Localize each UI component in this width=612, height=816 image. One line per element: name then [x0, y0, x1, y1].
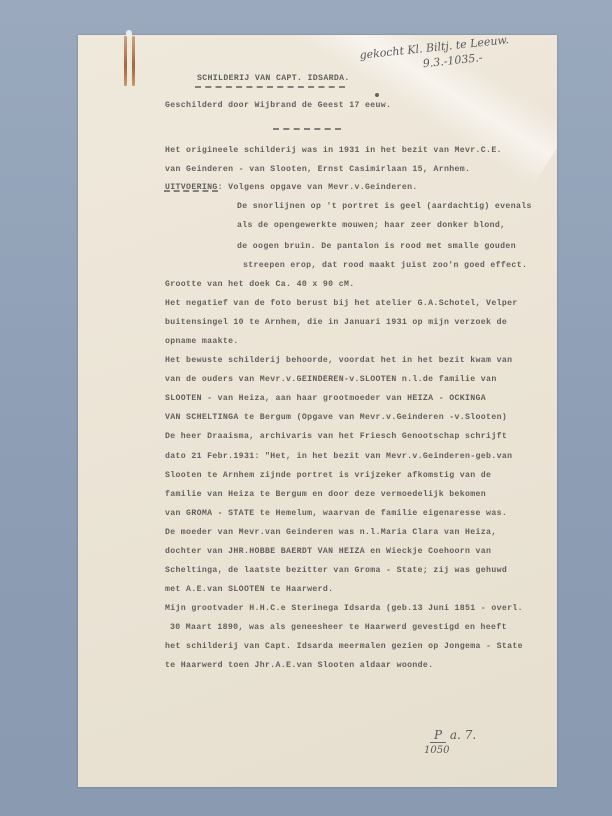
body-line: De snorlijnen op 't portret is geel (aar…: [237, 202, 532, 211]
handwritten-note-bottom: P a. 7. 1050: [430, 728, 476, 756]
body-line: Het origineele schilderij was in 1931 in…: [165, 146, 502, 155]
body-line: dochter van JHR.HOBBE BAERDT VAN HEIZA e…: [165, 547, 491, 556]
body-line: te Haarwerd toen Jhr.A.E.van Slooten ald…: [165, 661, 433, 670]
body-line: SLOOTEN - van Heiza, aan haar grootmoede…: [165, 394, 486, 403]
document-title: SCHILDERIJ VAN CAPT. IDSARDA.: [197, 74, 350, 83]
body-line: het schilderij van Capt. Idsarda meermal…: [165, 642, 523, 651]
body-line: van GROMA - STATE te Hemelum, waarvan de…: [165, 509, 507, 518]
body-line: Het negatief van de foto berust bij het …: [165, 299, 518, 308]
body-line: buitensingel 10 te Arnhem, die in Januar…: [165, 318, 507, 327]
body-line: opname maakte.: [165, 337, 239, 346]
body-line: van Geinderen - van Slooten, Ernst Casim…: [165, 165, 470, 174]
body-line: UITVOERING: Volgens opgave van Mevr.v.Ge…: [165, 183, 418, 192]
document-subtitle: Geschilderd door Wijbrand de Geest 17 ee…: [165, 101, 391, 110]
body-line: Mijn grootvader H.H.C.e Sterinega Idsard…: [165, 604, 523, 613]
body-line: De moeder van Mevr.van Geinderen was n.l…: [165, 528, 497, 537]
body-line: Het bewuste schilderij behoorde, voordat…: [165, 356, 512, 365]
body-line: de oogen bruin. De pantalon is rood met …: [237, 242, 516, 251]
body-line: van de ouders van Mevr.v.GEINDEREN-v.SLO…: [165, 375, 497, 384]
handwritten-year: 1050: [424, 745, 476, 756]
body-line: Grootte van het doek Ca. 40 x 90 cM.: [165, 280, 354, 289]
body-line: dato 21 Febr.1931: "Het, in het bezit va…: [165, 452, 512, 461]
body-line: Slooten te Arnhem zijnde portret is vrij…: [165, 471, 491, 480]
body-line: VAN SCHELTINGA te Bergum (Opgave van Mev…: [165, 413, 507, 422]
subtitle-underline: [273, 128, 341, 130]
body-line: De heer Draaisma, archivaris van het Fri…: [165, 432, 507, 441]
title-underline: [195, 86, 345, 88]
body-line: familie van Heiza te Bergum en door deze…: [165, 490, 486, 499]
body-line: streepen erop, dat rood maakt juist zoo'…: [243, 261, 527, 270]
handwritten-mark: P: [430, 728, 446, 743]
body-line: Scheltinga, de laatste bezitter van Grom…: [165, 566, 507, 575]
staple-icon: [122, 30, 136, 88]
body-line: met A.E.van SLOOTEN te Haarwerd.: [165, 585, 333, 594]
handwritten-suffix: a. 7.: [450, 728, 476, 742]
superscript-mark: [375, 93, 379, 97]
body-line: 30 Maart 1890, was als geneesheer te Haa…: [170, 623, 507, 632]
body-line: als de opengewerkte mouwen; haar zeer do…: [237, 221, 505, 230]
